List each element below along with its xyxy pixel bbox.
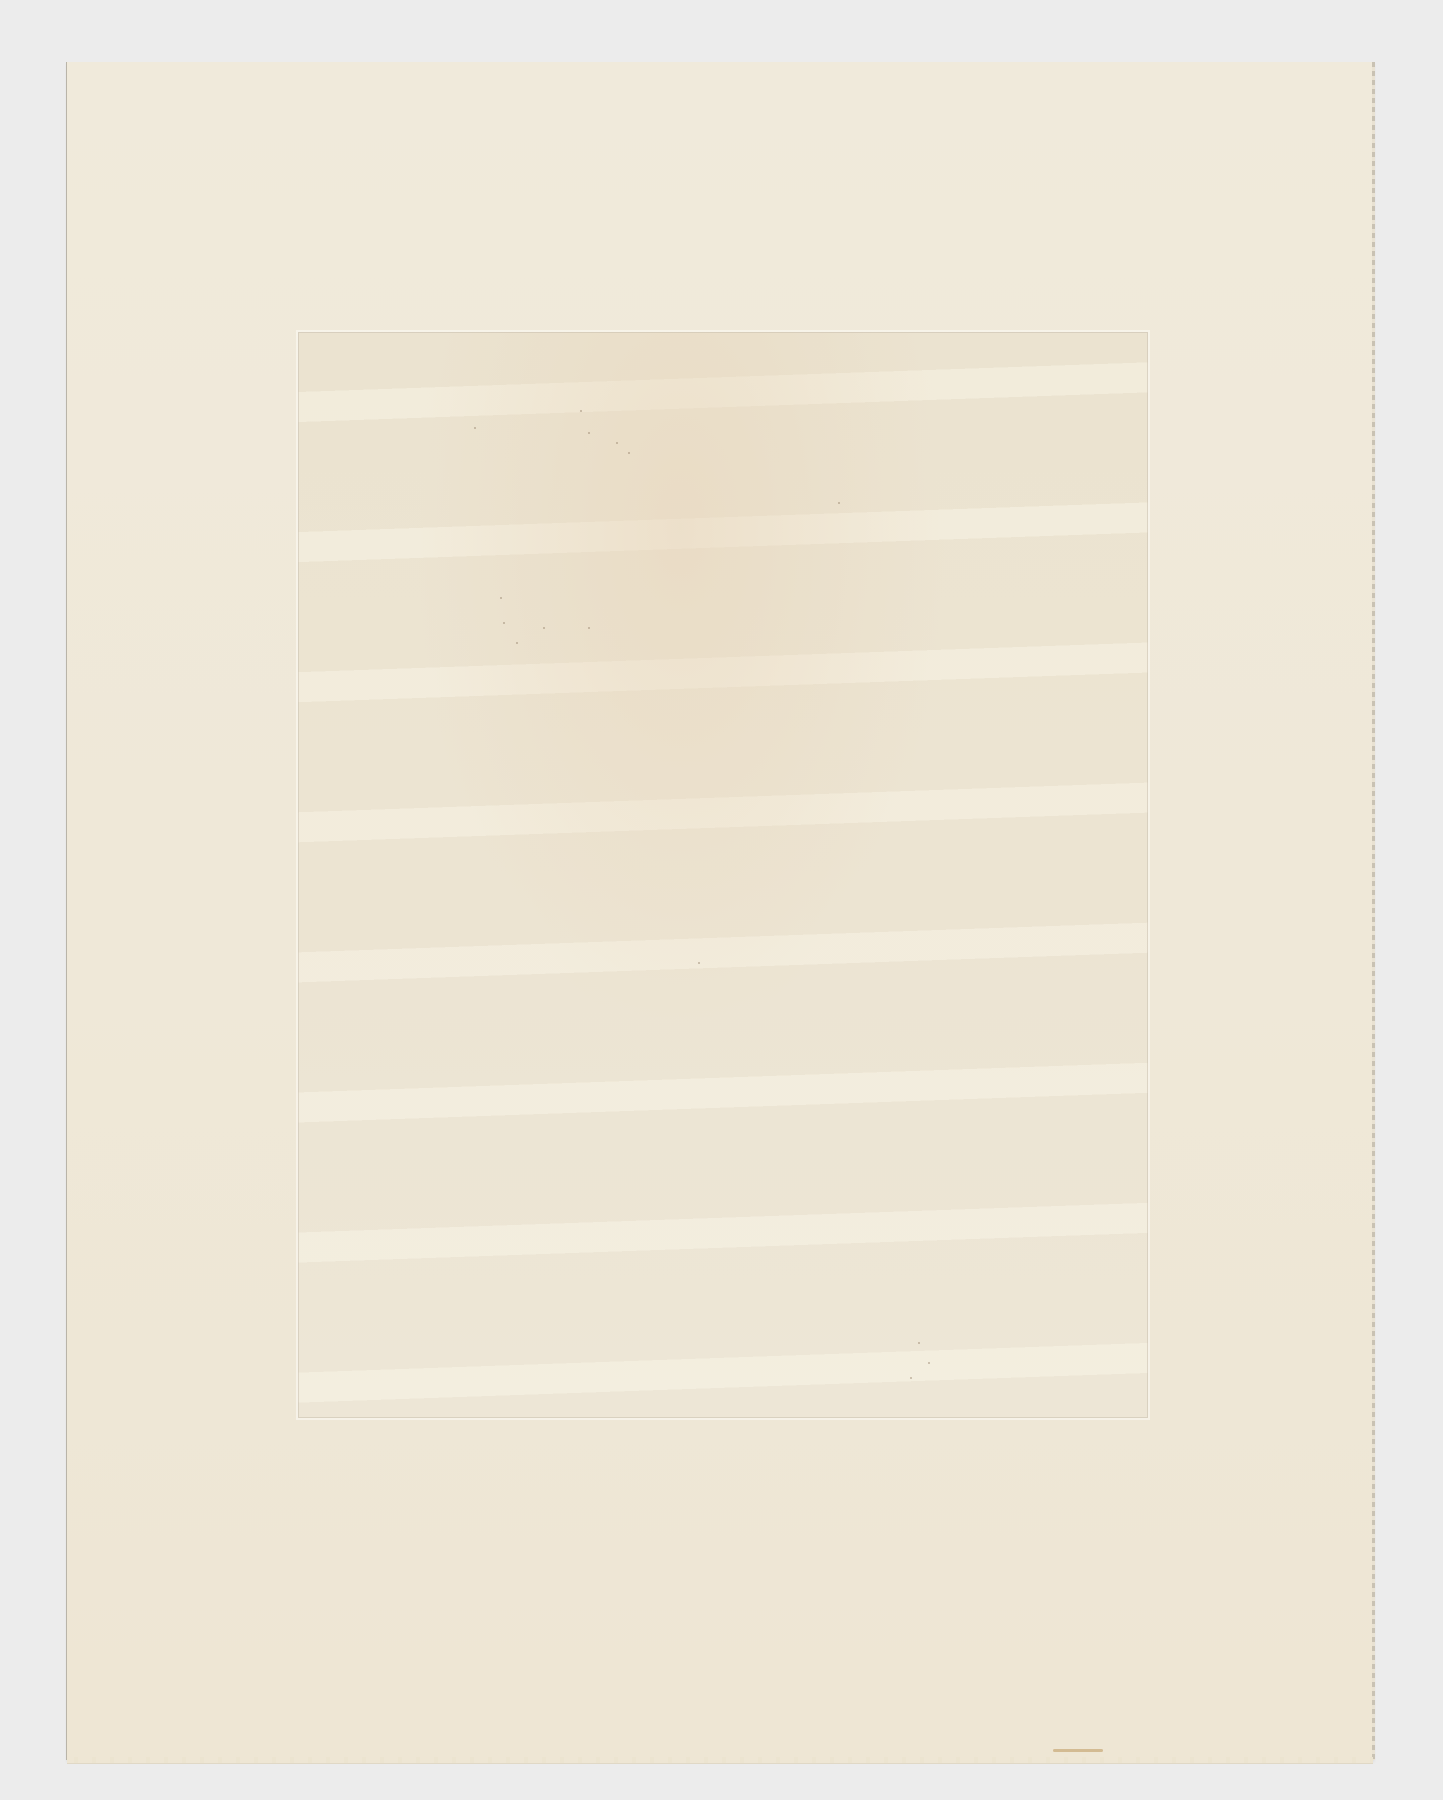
deckle-edge-right bbox=[1372, 62, 1375, 1760]
speckle bbox=[616, 442, 618, 444]
speckle bbox=[503, 622, 505, 624]
speckle bbox=[580, 410, 582, 412]
speckle bbox=[500, 597, 502, 599]
deckle-edge-bottom bbox=[67, 1757, 1373, 1764]
speckle bbox=[918, 1342, 920, 1344]
speckle bbox=[838, 502, 840, 504]
speckle bbox=[516, 642, 518, 644]
speckle bbox=[910, 1377, 912, 1379]
speckle bbox=[928, 1362, 930, 1364]
edge-stain bbox=[1053, 1749, 1103, 1752]
speckle bbox=[474, 427, 476, 429]
speckle bbox=[588, 432, 590, 434]
speckle bbox=[698, 962, 700, 964]
print-paper-sheet bbox=[66, 62, 1373, 1760]
plate-mark-area bbox=[298, 332, 1148, 1418]
speckle bbox=[543, 627, 545, 629]
speckle bbox=[628, 452, 630, 454]
speckle bbox=[588, 627, 590, 629]
